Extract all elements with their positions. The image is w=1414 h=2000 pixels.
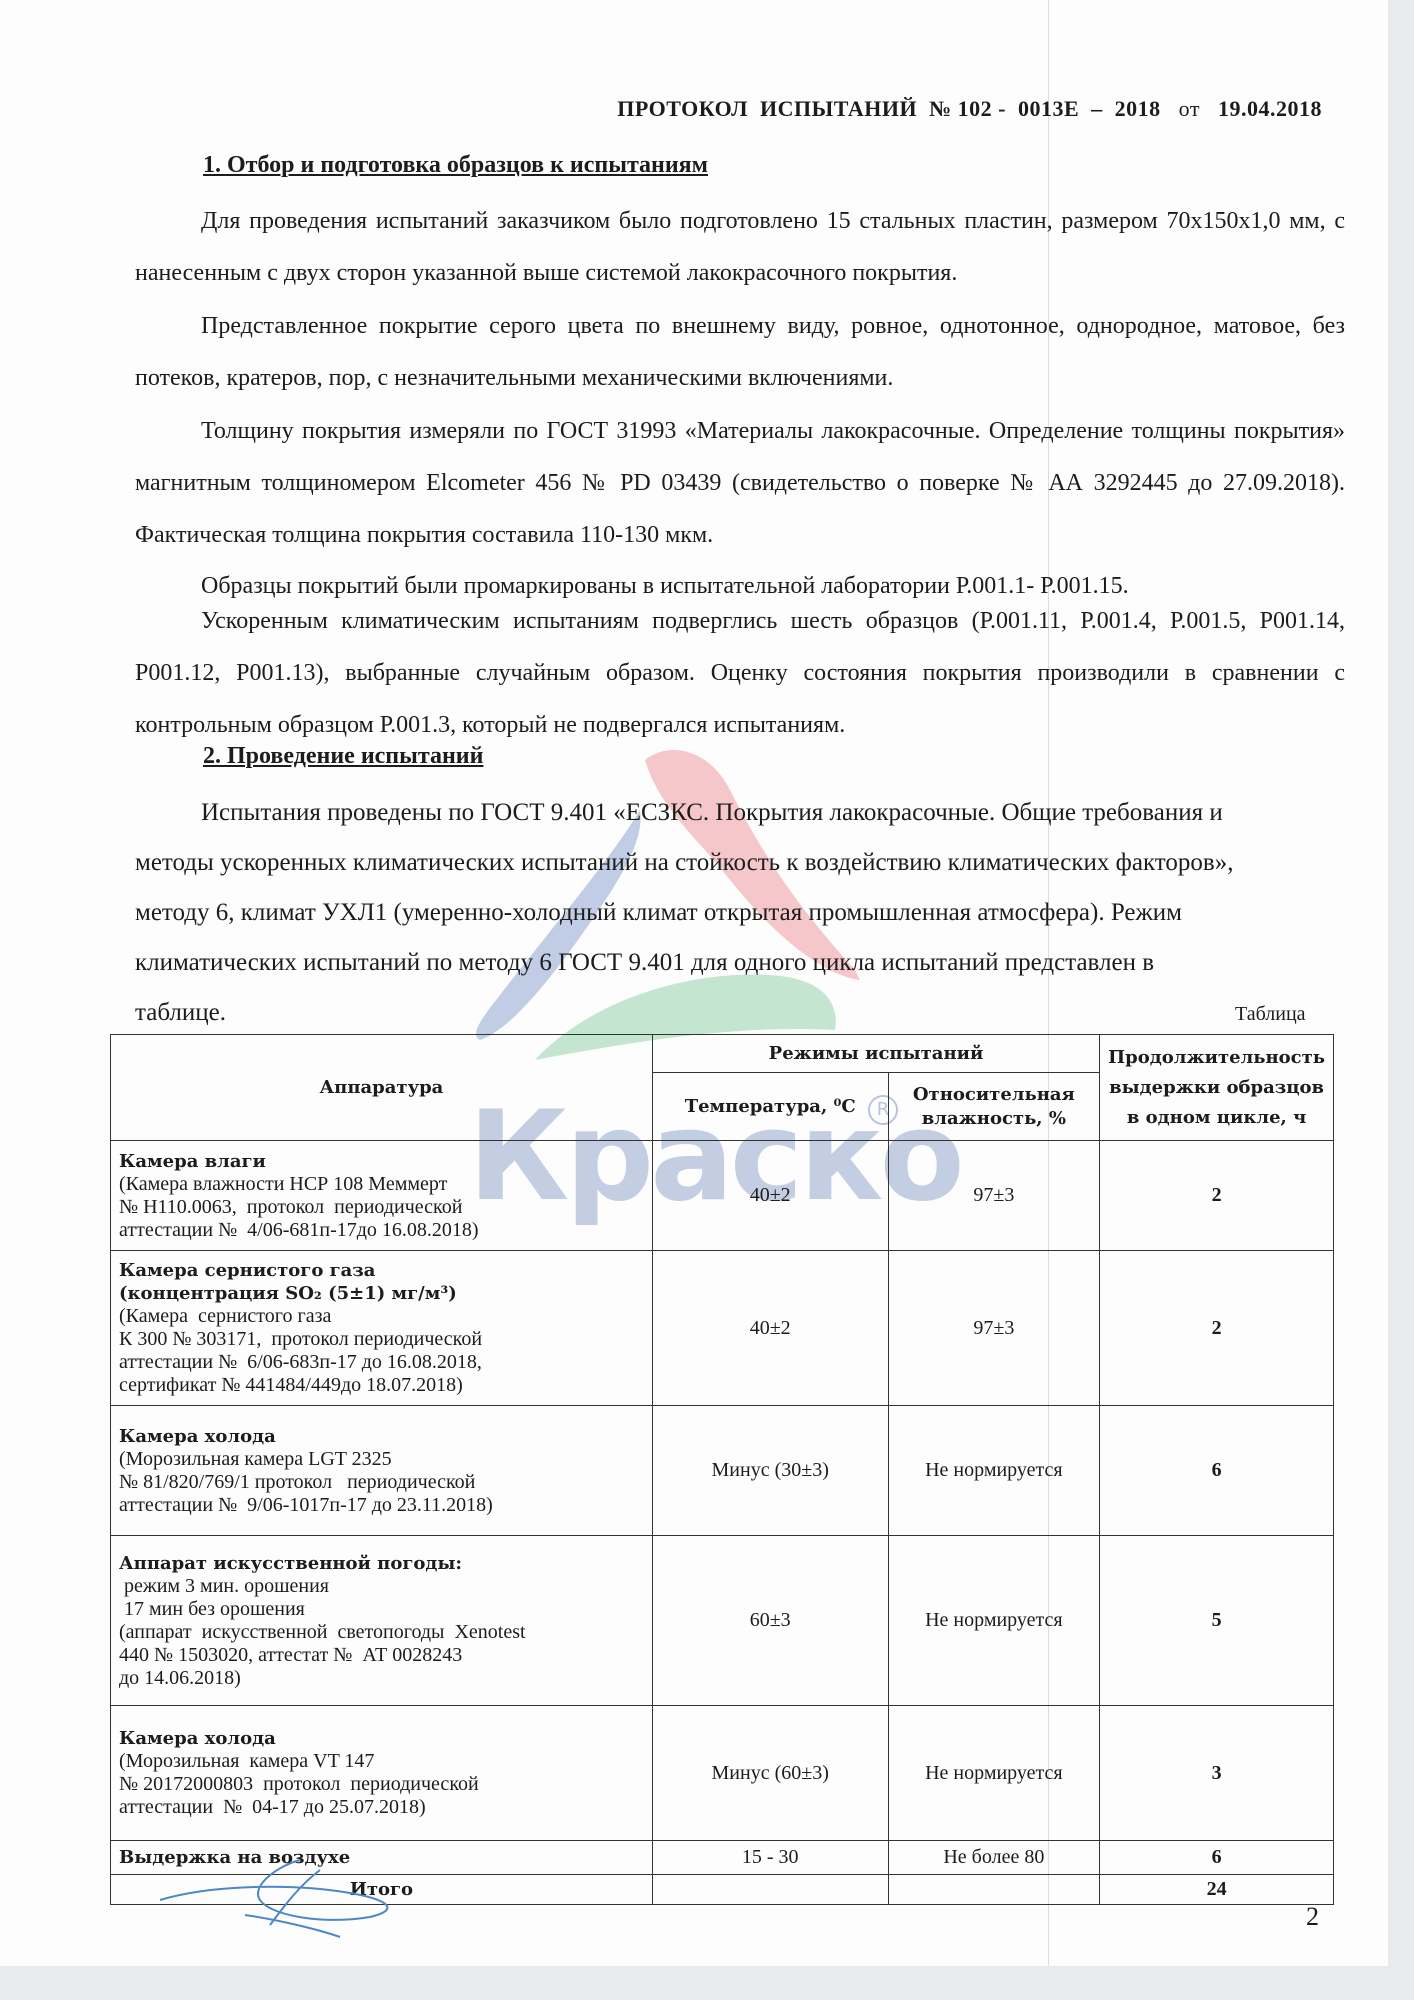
table-row: Аппарат искусственной погоды: режим 3 ми… bbox=[111, 1536, 1334, 1706]
signature-icon bbox=[150, 1855, 430, 1945]
section-1-paragraph-5: Ускоренным климатическим испытаниям подв… bbox=[135, 595, 1345, 751]
document-page: Краско R ПРОТОКОЛ ИСПЫТАНИЙ № 102 - 0013… bbox=[0, 0, 1388, 1966]
table-row: Камера сернистого газа(концентрация SO₂ … bbox=[111, 1251, 1334, 1406]
cell-humidity: 97±3 bbox=[888, 1251, 1100, 1406]
header-temperature: Температура, ⁰С bbox=[652, 1073, 888, 1141]
cell-humidity: 97±3 bbox=[888, 1141, 1100, 1251]
table-row: Камера влаги(Камера влажности НСР 108 Ме… bbox=[111, 1141, 1334, 1251]
header-duration: Продолжительность выдержки образцов в од… bbox=[1100, 1035, 1334, 1141]
cell-apparatus: Камера влаги(Камера влажности НСР 108 Ме… bbox=[111, 1141, 653, 1251]
protocol-title: ПРОТОКОЛ ИСПЫТАНИЙ № 102 - 0013Е – 2018 … bbox=[617, 96, 1322, 122]
cell-apparatus: Камера холода(Морозильная камера LGT 232… bbox=[111, 1406, 653, 1536]
cell-temperature: Минус (30±3) bbox=[652, 1406, 888, 1536]
header-humidity: Относительная влажность, % bbox=[888, 1073, 1100, 1141]
table-row: Камера холода(Морозильная камера LGT 232… bbox=[111, 1406, 1334, 1536]
cell-duration: 2 bbox=[1100, 1141, 1334, 1251]
cell-humidity: Не более 80 bbox=[888, 1841, 1100, 1875]
total-humidity bbox=[888, 1875, 1100, 1905]
total-duration: 24 bbox=[1100, 1875, 1334, 1905]
cell-temperature: 40±2 bbox=[652, 1141, 888, 1251]
section-1-paragraph-2: Представленное покрытие серого цвета по … bbox=[135, 300, 1345, 404]
cell-humidity: Не нормируется bbox=[888, 1536, 1100, 1706]
cell-duration: 6 bbox=[1100, 1841, 1334, 1875]
cell-apparatus: Камера холода(Морозильная камера VT 147№… bbox=[111, 1706, 653, 1841]
section-2-paragraph: Испытания проведены по ГОСТ 9.401 «ЕСЗКС… bbox=[135, 788, 1245, 1038]
section-1-paragraph-1: Для проведения испытаний заказчиком было… bbox=[135, 195, 1345, 299]
header-apparatus: Аппаратура bbox=[111, 1035, 653, 1141]
cell-humidity: Не нормируется bbox=[888, 1406, 1100, 1536]
cell-duration: 6 bbox=[1100, 1406, 1334, 1536]
section-2-heading: 2. Проведение испытаний bbox=[203, 743, 483, 770]
test-regimes-table: Аппаратура Режимы испытаний Продолжитель… bbox=[110, 1034, 1334, 1905]
cell-humidity: Не нормируется bbox=[888, 1706, 1100, 1841]
table-caption: Таблица bbox=[1235, 1003, 1306, 1026]
cell-duration: 5 bbox=[1100, 1536, 1334, 1706]
table-row: Камера холода(Морозильная камера VT 147№… bbox=[111, 1706, 1334, 1841]
total-temperature bbox=[652, 1875, 888, 1905]
cell-temperature: 40±2 bbox=[652, 1251, 888, 1406]
cell-apparatus: Камера сернистого газа(концентрация SO₂ … bbox=[111, 1251, 653, 1406]
section-1-heading: 1. Отбор и подготовка образцов к испытан… bbox=[203, 152, 708, 179]
cell-temperature: 60±3 bbox=[652, 1536, 888, 1706]
cell-duration: 3 bbox=[1100, 1706, 1334, 1841]
cell-apparatus: Аппарат искусственной погоды: режим 3 ми… bbox=[111, 1536, 653, 1706]
header-modes: Режимы испытаний bbox=[652, 1035, 1099, 1073]
section-1-paragraph-3: Толщину покрытия измеряли по ГОСТ 31993 … bbox=[135, 405, 1345, 561]
page-number: 2 bbox=[1306, 1902, 1319, 1932]
cell-temperature: 15 - 30 bbox=[652, 1841, 888, 1875]
cell-temperature: Минус (60±3) bbox=[652, 1706, 888, 1841]
cell-duration: 2 bbox=[1100, 1251, 1334, 1406]
